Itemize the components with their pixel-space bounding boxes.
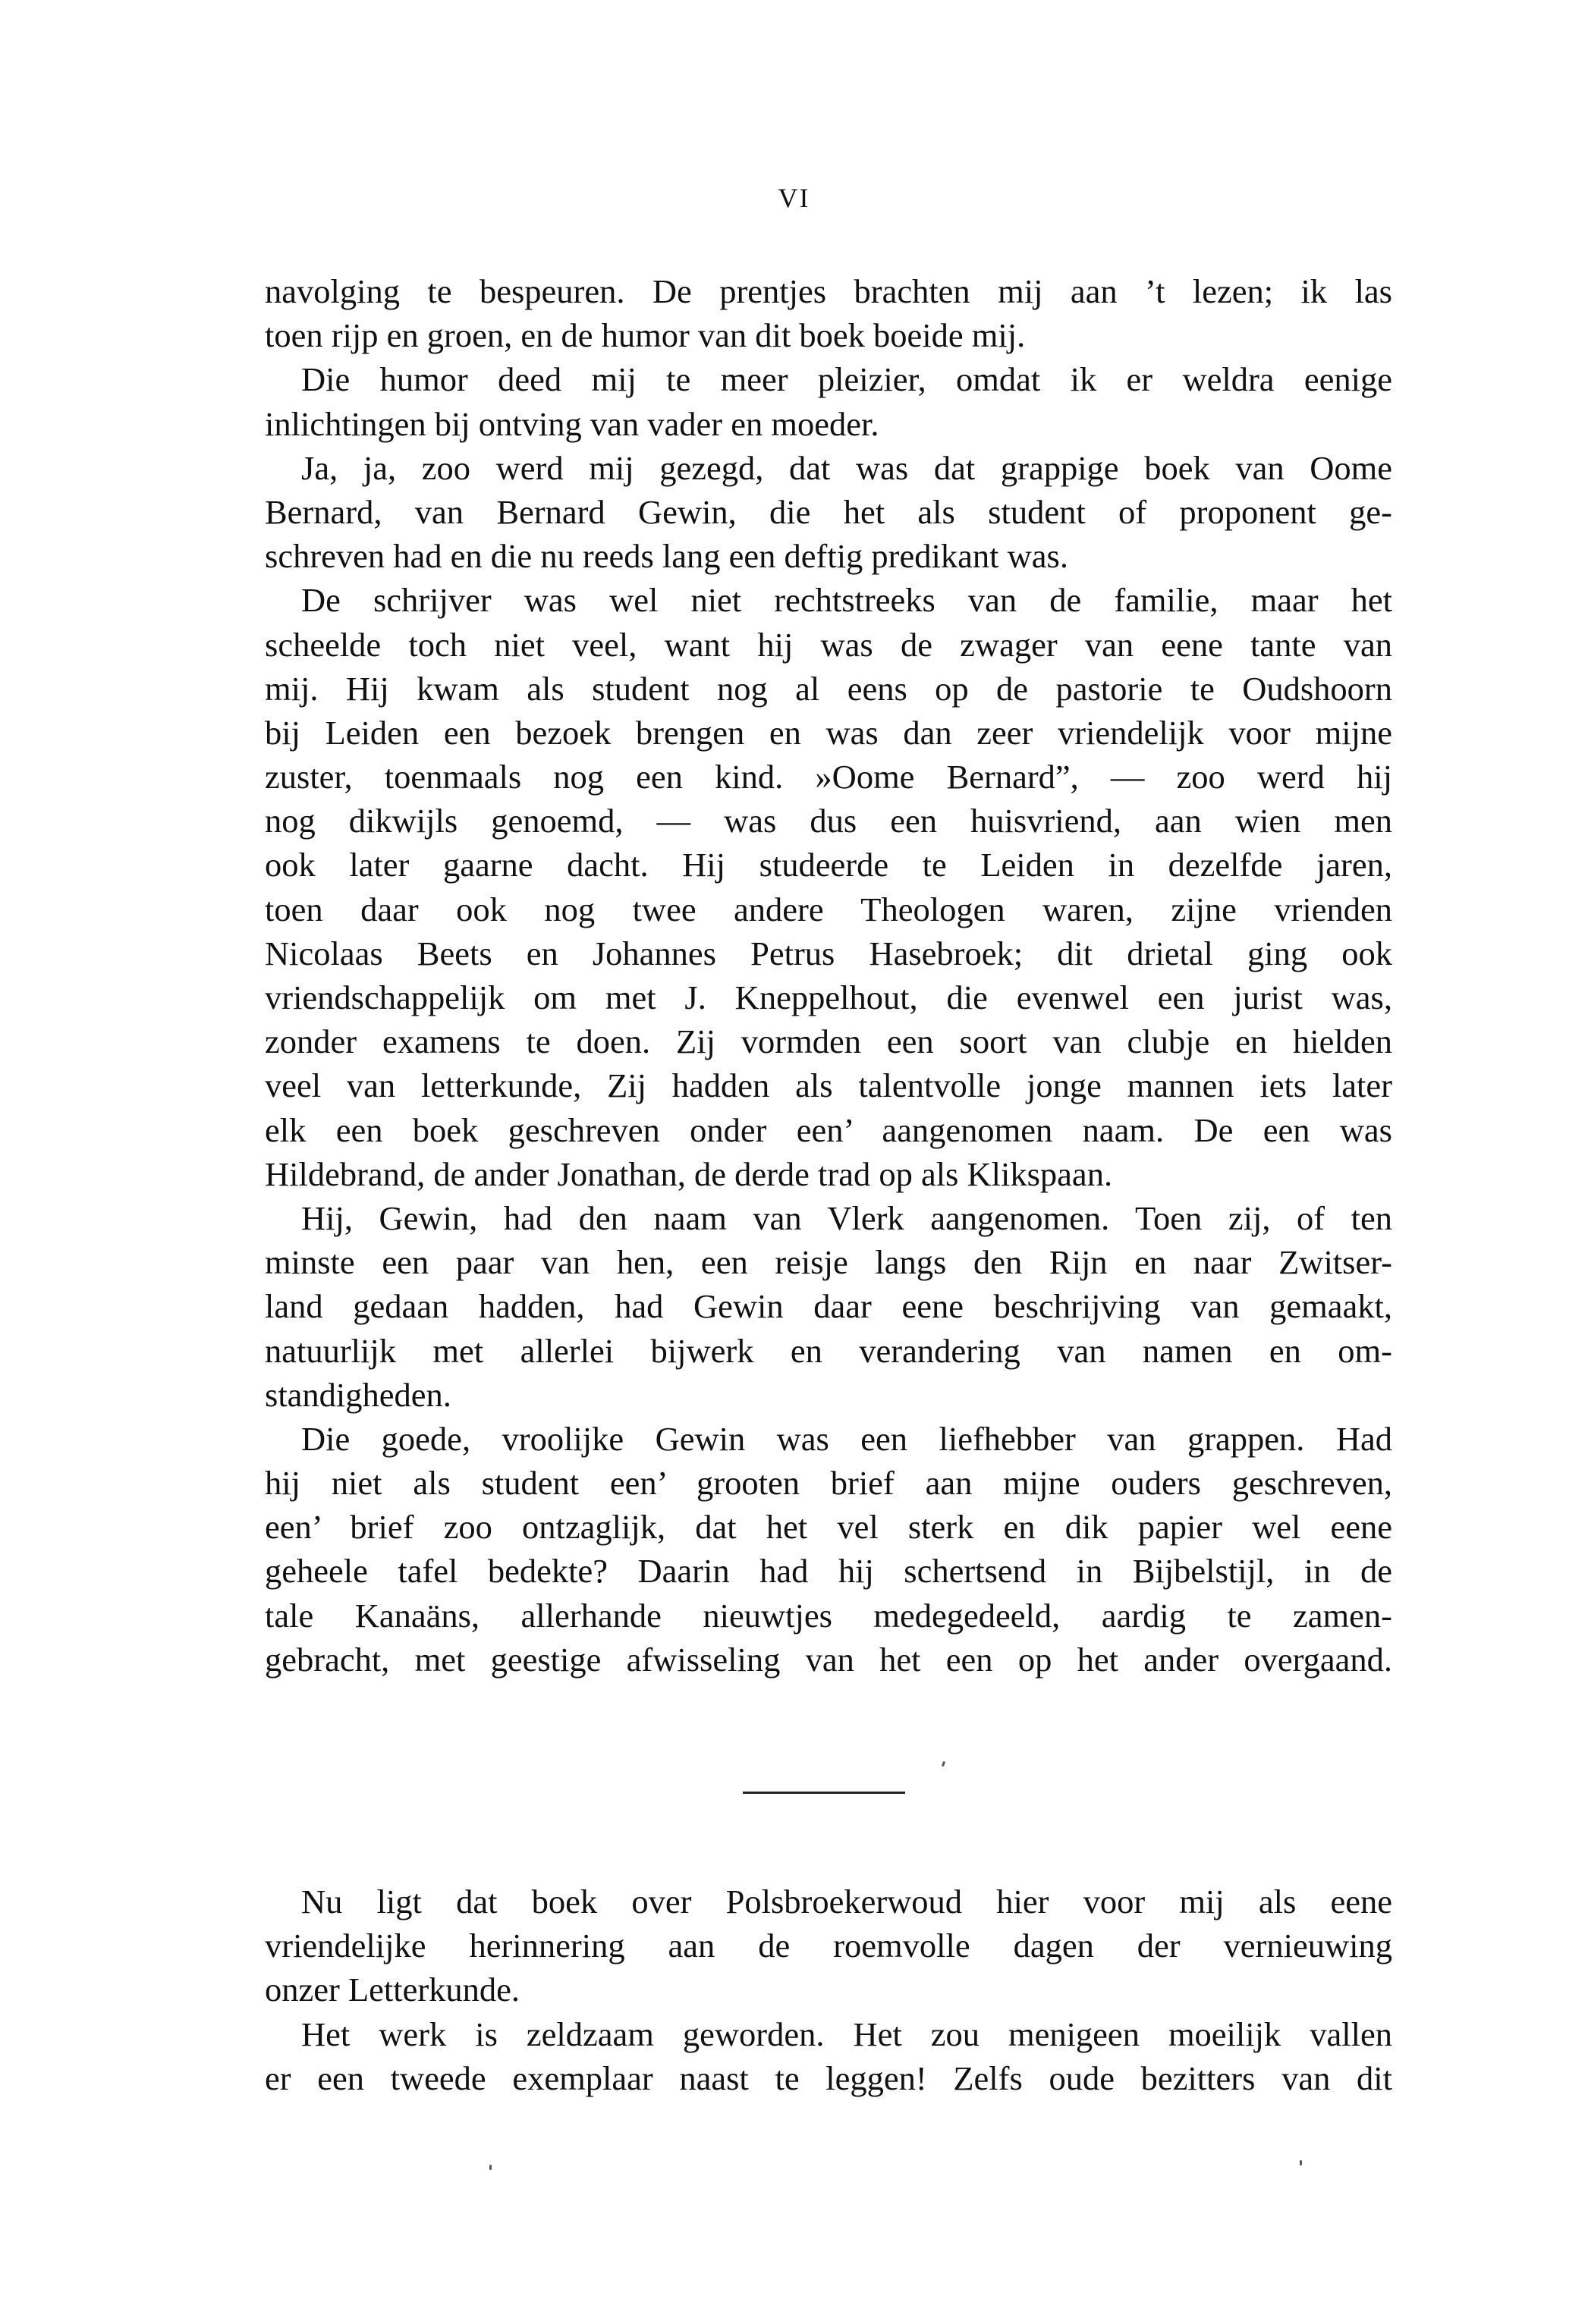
text-line: Hildebrand, de ander Jonathan, de derde … <box>265 1152 1392 1196</box>
text-line: land gedaan hadden, had Gewin daar eene … <box>265 1284 1392 1328</box>
text-line: er een tweede exemplaar naast te leggen!… <box>265 2056 1392 2100</box>
text-line: elk een boek geschreven onder een’ aange… <box>265 1108 1392 1152</box>
text-line: tale Kanaäns, allerhande nieuwtjes medeg… <box>265 1594 1392 1638</box>
text-line: Nicolaas Beets en Johannes Petrus Hasebr… <box>265 931 1392 975</box>
text-line: Hij, Gewin, had den naam van Vlerk aange… <box>265 1196 1392 1240</box>
text-line: minste een paar van hen, een reisje lang… <box>265 1240 1392 1284</box>
text-line: vriendschappelijk om met J. Kneppelhout,… <box>265 975 1392 1019</box>
text-line: De schrijver was wel niet rechtstreeks v… <box>265 578 1392 622</box>
text-line: gebracht, met geestige afwisseling van h… <box>265 1638 1392 1682</box>
text-line: mij. Hij kwam als student nog al eens op… <box>265 667 1392 711</box>
text-line: Die goede, vroolijke Gewin was een liefh… <box>265 1417 1392 1461</box>
text-line: bij Leiden een bezoek brengen en was dan… <box>265 711 1392 755</box>
text-line: toen rijp en groen, en de humor van dit … <box>265 313 1392 357</box>
body-text-section-1: navolging te bespeuren. De prentjes brac… <box>265 269 1392 1682</box>
text-line: een’ brief zoo ontzaglijk, dat het vel s… <box>265 1505 1392 1549</box>
text-line: Die humor deed mij te meer pleizier, omd… <box>265 357 1392 401</box>
text-line: inlichtingen bij ontving van vader en mo… <box>265 402 1392 446</box>
text-line: vriendelijke herinnering aan de roemvoll… <box>265 1924 1392 1968</box>
text-line: standigheden. <box>265 1373 1392 1417</box>
text-line: toen daar ook nog twee andere Theologen … <box>265 887 1392 931</box>
text-line: zonder examens te doen. Zij vormden een … <box>265 1019 1392 1063</box>
text-line: natuurlijk met allerlei bijwerk en veran… <box>265 1329 1392 1373</box>
text-line: ook later gaarne dacht. Hij studeerde te… <box>265 843 1392 887</box>
text-line: Het werk is zeldzaam geworden. Het zou m… <box>265 2012 1392 2056</box>
text-line: navolging te bespeuren. De prentjes brac… <box>265 269 1392 313</box>
page-number: VI <box>0 182 1588 214</box>
book-page: VI navolging te bespeuren. De prentjes b… <box>0 0 1588 2324</box>
text-line: scheelde toch niet veel, want hij was de… <box>265 623 1392 667</box>
text-line: Bernard, van Bernard Gewin, die het als … <box>265 490 1392 534</box>
text-line: veel van letterkunde, Zij hadden als tal… <box>265 1063 1392 1107</box>
print-speck <box>942 1761 945 1767</box>
print-speck <box>489 2165 492 2170</box>
text-line: zuster, toenmaals nog een kind. »Oome Be… <box>265 755 1392 799</box>
text-line: hij niet als student een’ grooten brief … <box>265 1461 1392 1505</box>
print-speck <box>1300 2160 1302 2165</box>
body-text-section-2: Nu ligt dat boek over Polsbroekerwoud hi… <box>265 1880 1392 2100</box>
text-line: nog dikwijls genoemd, — was dus een huis… <box>265 799 1392 843</box>
text-line: onzer Letterkunde. <box>265 1968 1392 2012</box>
text-line: Ja, ja, zoo werd mij gezegd, dat was dat… <box>265 446 1392 490</box>
text-line: schreven had en die nu reeds lang een de… <box>265 534 1392 578</box>
text-line: geheele tafel bedekte? Daarin had hij sc… <box>265 1549 1392 1593</box>
section-separator-rule <box>743 1792 905 1794</box>
text-line: Nu ligt dat boek over Polsbroekerwoud hi… <box>265 1880 1392 1924</box>
